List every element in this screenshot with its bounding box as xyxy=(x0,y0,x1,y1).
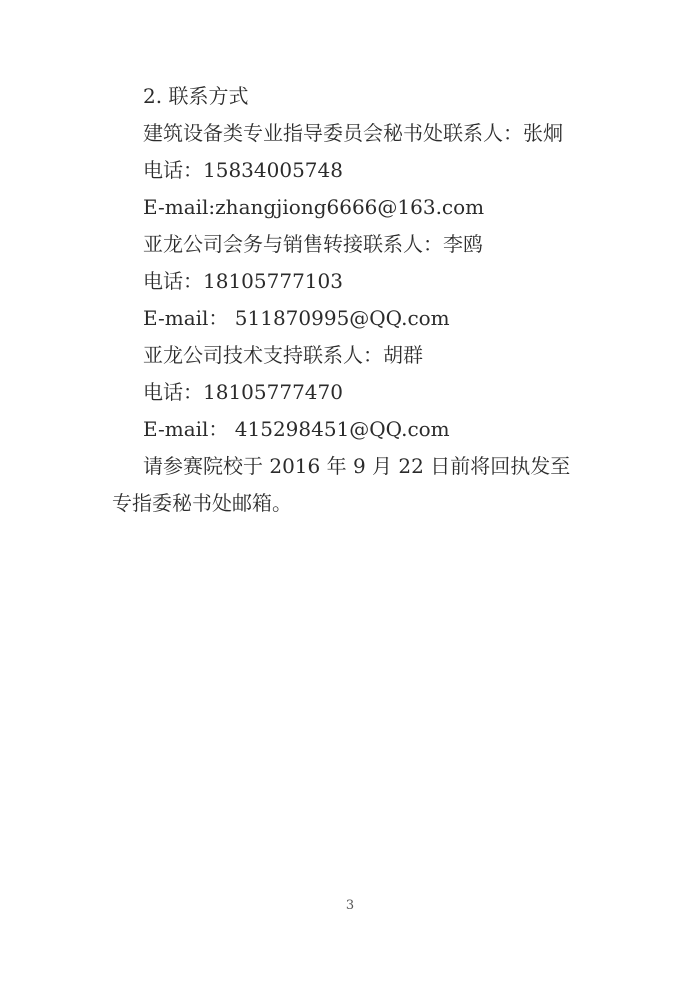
page-number: 3 xyxy=(0,897,700,915)
section-heading: 2. 联系方式 xyxy=(112,78,590,115)
phone-line-huqun: 电话：18105777470 xyxy=(112,374,590,411)
closing-paragraph: 请参赛院校于 2016 年 9 月 22 日前将回执发至专指委秘书处邮箱。 xyxy=(112,448,590,522)
contact-line-committee-secretary: 建筑设备类专业指导委员会秘书处联系人：张炯 xyxy=(112,115,590,152)
email-line-zhangjiong: E-mail:zhangjiong6666@163.com xyxy=(112,189,590,226)
email-line-liou: E-mail： 511870995@QQ.com xyxy=(112,300,590,337)
document-body: 2. 联系方式 建筑设备类专业指导委员会秘书处联系人：张炯 电话：1583400… xyxy=(112,78,590,522)
document-page: 2. 联系方式 建筑设备类专业指导委员会秘书处联系人：张炯 电话：1583400… xyxy=(0,0,700,990)
phone-line-liou: 电话：18105777103 xyxy=(112,263,590,300)
email-line-huqun: E-mail： 415298451@QQ.com xyxy=(112,411,590,448)
contact-line-yalong-sales: 亚龙公司会务与销售转接联系人：李鸥 xyxy=(112,226,590,263)
contact-line-yalong-tech-support: 亚龙公司技术支持联系人：胡群 xyxy=(112,337,590,374)
phone-line-zhangjiong: 电话：15834005748 xyxy=(112,152,590,189)
